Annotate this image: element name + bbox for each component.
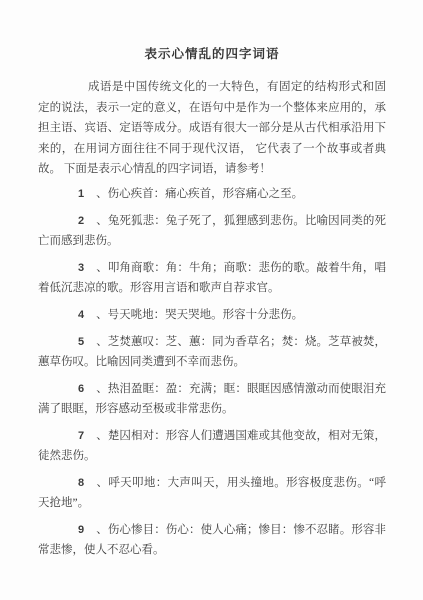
item-separator: 、 — [96, 430, 108, 442]
intro-paragraph: 成语是中国传统文化的一大特色，有固定的结构形式和固定的说法，表示一定的意义，在语… — [38, 77, 386, 180]
item-separator: 、 — [96, 477, 108, 489]
item-number: 8 — [78, 477, 84, 489]
item-separator: 、 — [96, 336, 108, 348]
idiom-item-6: 6、热泪盈眶：盈：充满；眶：眼眶因感情激动而使眼泪充满了眼眶，形容感动至极或非常… — [38, 379, 386, 419]
item-text: 楚囚相对：形容人们遭遇国难或其他变故，相对无策，徒然悲伤。 — [38, 430, 386, 462]
idiom-item-2: 2、兔死狐悲：兔子死了，狐狸感到悲伤。比喻因同类的死亡而感到悲伤。 — [38, 211, 386, 251]
item-text: 伤心疾首：痛心疾首，形容痛心之至。 — [108, 188, 304, 200]
item-separator: 、 — [96, 524, 108, 536]
item-text: 号天咷地：哭天哭地。形容十分悲伤。 — [108, 309, 304, 321]
item-text: 芝焚蕙叹：芝、蕙：同为香草名；焚：烧。芝草被焚，蕙草伤叹。比喻因同类遭到不幸而悲… — [38, 336, 386, 368]
item-number: 5 — [78, 336, 84, 348]
item-number: 1 — [78, 188, 84, 200]
item-separator: 、 — [96, 188, 108, 200]
idiom-item-1: 1、伤心疾首：痛心疾首，形容痛心之至。 — [38, 184, 386, 204]
item-text: 热泪盈眶：盈：充满；眶：眼眶因感情激动而使眼泪充满了眼眶，形容感动至极或非常悲伤… — [38, 383, 386, 415]
item-text: 呼天叩地：大声叫天，用头撞地。形容极度悲伤。“呼天抢地”。 — [38, 477, 386, 509]
idiom-item-3: 3、叩角商歌：角：牛角；商歌：悲伤的歌。敲着牛角，唱着低沉悲凉的歌。形容用言语和… — [38, 258, 386, 298]
item-separator: 、 — [96, 215, 108, 227]
idiom-item-4: 4、号天咷地：哭天哭地。形容十分悲伤。 — [38, 305, 386, 325]
item-text: 兔死狐悲：兔子死了，狐狸感到悲伤。比喻因同类的死亡而感到悲伤。 — [38, 215, 386, 247]
item-separator: 、 — [96, 309, 108, 321]
document-page: 表示心情乱的四字词语 成语是中国传统文化的一大特色，有固定的结构形式和固定的说法… — [0, 0, 423, 600]
idiom-item-5: 5、芝焚蕙叹：芝、蕙：同为香草名；焚：烧。芝草被焚，蕙草伤叹。比喻因同类遭到不幸… — [38, 332, 386, 372]
page-title: 表示心情乱的四字词语 — [38, 44, 386, 62]
item-number: 4 — [78, 309, 84, 321]
idiom-item-8: 8、呼天叩地：大声叫天，用头撞地。形容极度悲伤。“呼天抢地”。 — [38, 473, 386, 513]
idiom-item-9: 9、伤心惨目：伤心：使人心痛；惨目：惨不忍睹。形容非常悲惨，使人不忍心看。 — [38, 520, 386, 560]
item-separator: 、 — [96, 262, 108, 274]
item-separator: 、 — [96, 383, 108, 395]
item-number: 9 — [78, 524, 84, 536]
idiom-item-7: 7、楚囚相对：形容人们遭遇国难或其他变故，相对无策，徒然悲伤。 — [38, 426, 386, 466]
item-number: 2 — [78, 215, 84, 227]
item-text: 伤心惨目：伤心：使人心痛；惨目：惨不忍睹。形容非常悲惨，使人不忍心看。 — [38, 524, 386, 556]
item-number: 6 — [78, 383, 84, 395]
item-number: 7 — [78, 430, 84, 442]
item-number: 3 — [78, 262, 84, 274]
item-text: 叩角商歌：角：牛角；商歌：悲伤的歌。敲着牛角，唱着低沉悲凉的歌。形容用言语和歌声… — [38, 262, 386, 294]
